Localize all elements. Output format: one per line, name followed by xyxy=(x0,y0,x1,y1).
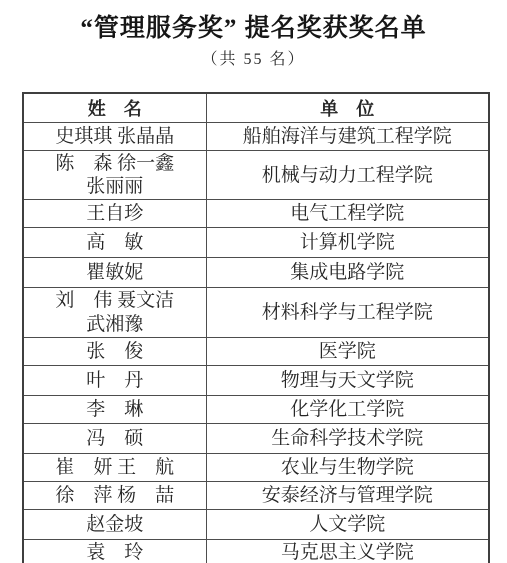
unit-cell: 物理与天文学院 xyxy=(206,365,489,395)
table-row: 徐 萍 杨 喆 安泰经济与管理学院 xyxy=(23,481,489,509)
page-subtitle: （共 55 名） xyxy=(0,46,507,69)
name-cell: 袁 玲 xyxy=(23,539,206,563)
table-row: 赵金坡 人文学院 xyxy=(23,509,489,539)
name-cell: 高 敏 xyxy=(23,228,206,258)
table-row: 冯 硕 生命科学技术学院 xyxy=(23,423,489,453)
column-header-name: 姓 名 xyxy=(23,93,206,123)
document-page: “管理服务奖” 提名奖获奖名单 （共 55 名） 姓 名 单 位 史琪琪 张晶晶… xyxy=(0,0,507,563)
table-header-row: 姓 名 单 位 xyxy=(23,93,489,123)
unit-cell: 材料科学与工程学院 xyxy=(206,288,489,337)
table-row: 瞿敏妮 集成电路学院 xyxy=(23,258,489,288)
name-cell: 陈 森 徐一鑫 张丽丽 xyxy=(23,151,206,200)
unit-cell: 医学院 xyxy=(206,337,489,365)
name-cell: 刘 伟 聂文洁 武湘豫 xyxy=(23,288,206,337)
name-cell: 张 俊 xyxy=(23,337,206,365)
unit-cell: 计算机学院 xyxy=(206,228,489,258)
table-row: 张 俊 医学院 xyxy=(23,337,489,365)
name-cell: 王自珍 xyxy=(23,200,206,228)
unit-cell: 集成电路学院 xyxy=(206,258,489,288)
table-row: 袁 玲 马克思主义学院 xyxy=(23,539,489,563)
unit-cell: 农业与生物学院 xyxy=(206,453,489,481)
name-cell: 冯 硕 xyxy=(23,423,206,453)
name-cell: 瞿敏妮 xyxy=(23,258,206,288)
unit-cell: 人文学院 xyxy=(206,509,489,539)
page-title: “管理服务奖” 提名奖获奖名单 xyxy=(0,8,507,44)
table-row: 陈 森 徐一鑫 张丽丽 机械与动力工程学院 xyxy=(23,151,489,200)
name-cell: 李 琳 xyxy=(23,395,206,423)
table-row: 刘 伟 聂文洁 武湘豫 材料科学与工程学院 xyxy=(23,288,489,337)
table-row: 李 琳 化学化工学院 xyxy=(23,395,489,423)
award-winners-table: 姓 名 单 位 史琪琪 张晶晶 船舶海洋与建筑工程学院 陈 森 徐一鑫 张丽丽 … xyxy=(22,92,490,563)
table-row: 崔 妍 王 航 农业与生物学院 xyxy=(23,453,489,481)
unit-cell: 电气工程学院 xyxy=(206,200,489,228)
table-row: 高 敏 计算机学院 xyxy=(23,228,489,258)
name-cell: 徐 萍 杨 喆 xyxy=(23,481,206,509)
unit-cell: 船舶海洋与建筑工程学院 xyxy=(206,123,489,151)
unit-cell: 化学化工学院 xyxy=(206,395,489,423)
table-row: 史琪琪 张晶晶 船舶海洋与建筑工程学院 xyxy=(23,123,489,151)
column-header-unit: 单 位 xyxy=(206,93,489,123)
unit-cell: 机械与动力工程学院 xyxy=(206,151,489,200)
unit-cell: 马克思主义学院 xyxy=(206,539,489,563)
name-cell: 崔 妍 王 航 xyxy=(23,453,206,481)
unit-cell: 生命科学技术学院 xyxy=(206,423,489,453)
name-cell: 叶 丹 xyxy=(23,365,206,395)
table-row: 叶 丹 物理与天文学院 xyxy=(23,365,489,395)
name-cell: 史琪琪 张晶晶 xyxy=(23,123,206,151)
table-row: 王自珍 电气工程学院 xyxy=(23,200,489,228)
name-cell: 赵金坡 xyxy=(23,509,206,539)
unit-cell: 安泰经济与管理学院 xyxy=(206,481,489,509)
